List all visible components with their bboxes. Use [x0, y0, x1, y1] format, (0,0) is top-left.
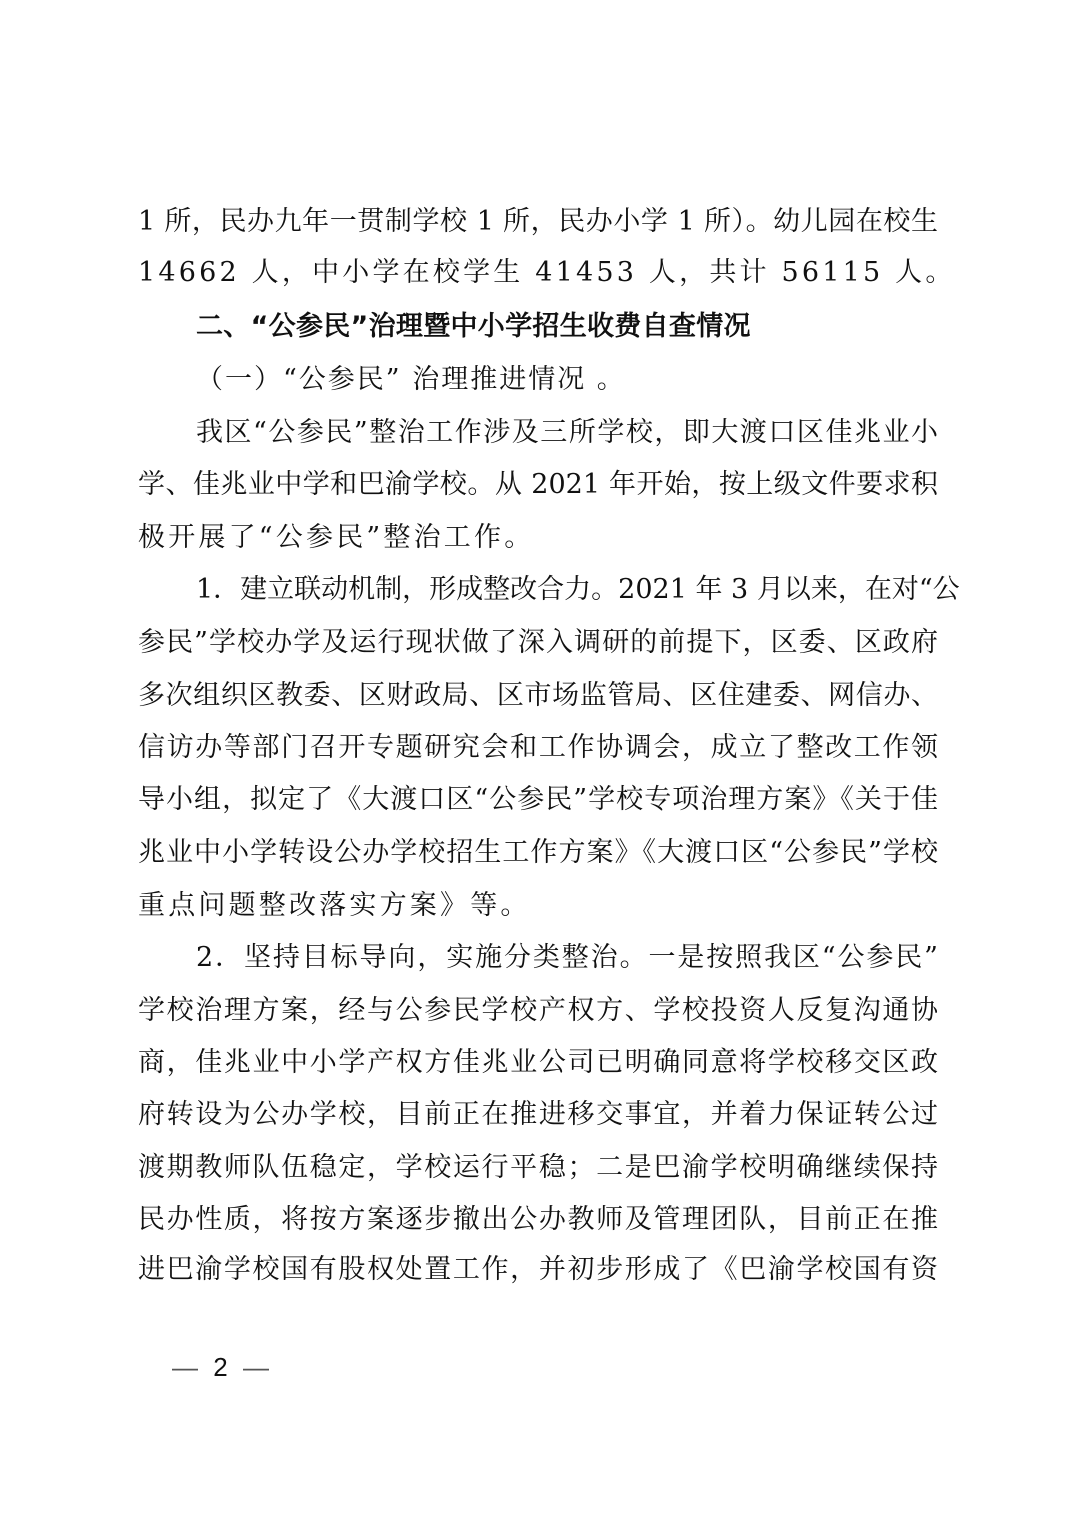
- body-text-line: 1 所，民办九年一贯制学校 1 所，民办小学 1 所）。幼儿园在校生: [138, 205, 938, 239]
- body-text-line: 导小组，拟定了《大渡口区“公参民”学校专项治理方案》《关于佳: [138, 783, 938, 817]
- body-text-line: 参民”学校办学及运行现状做了深入调研的前提下，区委、区政府: [138, 626, 938, 660]
- document-page: 1 所，民办九年一贯制学校 1 所，民办小学 1 所）。幼儿园在校生 14662…: [0, 0, 1074, 1520]
- body-text-line: 信访办等部门召开专题研究会和工作协调会，成立了整改工作领: [138, 731, 938, 765]
- body-text-line: 多次组织区教委、区财政局、区市场监管局、区住建委、网信办、: [138, 679, 938, 713]
- body-text-line: 重点问题整改落实方案》等。: [138, 889, 938, 923]
- body-text-line: 2．坚持目标导向，实施分类整治。一是按照我区“公参民”: [196, 941, 938, 975]
- body-text-line: 进巴渝学校国有股权处置工作，并初步形成了《巴渝学校国有资: [138, 1253, 938, 1287]
- footer-dash-right: —: [243, 1352, 269, 1382]
- section-heading: 二、“公参民”治理暨中小学招生收费自查情况: [196, 310, 996, 344]
- body-text-line: 1．建立联动机制，形成整改合力。2021 年 3 月以来，在对“公: [196, 573, 938, 607]
- body-text-line: 极开展了“公参民”整治工作。: [138, 521, 938, 555]
- page-number-footer: — 2 —: [172, 1350, 269, 1384]
- body-text-line: 兆业中小学转设公办学校招生工作方案》《大渡口区“公参民”学校: [138, 836, 938, 870]
- body-text-line: 学校治理方案，经与公参民学校产权方、学校投资人反复沟通协: [138, 994, 938, 1028]
- body-text-line: 民办性质，将按方案逐步撤出公办教师及管理团队，目前正在推: [138, 1203, 938, 1237]
- subsection-heading: （一）“公参民” 治理推进情况 。: [196, 363, 996, 397]
- page-number: 2: [213, 1352, 227, 1382]
- body-text-line: 府转设为公办学校，目前正在推进移交事宜，并着力保证转公过: [138, 1098, 938, 1132]
- body-text-line: 我区“公参民”整治工作涉及三所学校，即大渡口区佳兆业小: [196, 416, 938, 450]
- footer-dash-left: —: [172, 1352, 198, 1382]
- body-text-line: 14662 人，中小学在校学生 41453 人，共计 56115 人。: [138, 256, 938, 290]
- body-text-line: 商，佳兆业中小学产权方佳兆业公司已明确同意将学校移交区政: [138, 1046, 938, 1080]
- body-text-line: 渡期教师队伍稳定，学校运行平稳；二是巴渝学校明确继续保持: [138, 1151, 938, 1185]
- body-text-line: 学、佳兆业中学和巴渝学校。从 2021 年开始，按上级文件要求积: [138, 468, 938, 502]
